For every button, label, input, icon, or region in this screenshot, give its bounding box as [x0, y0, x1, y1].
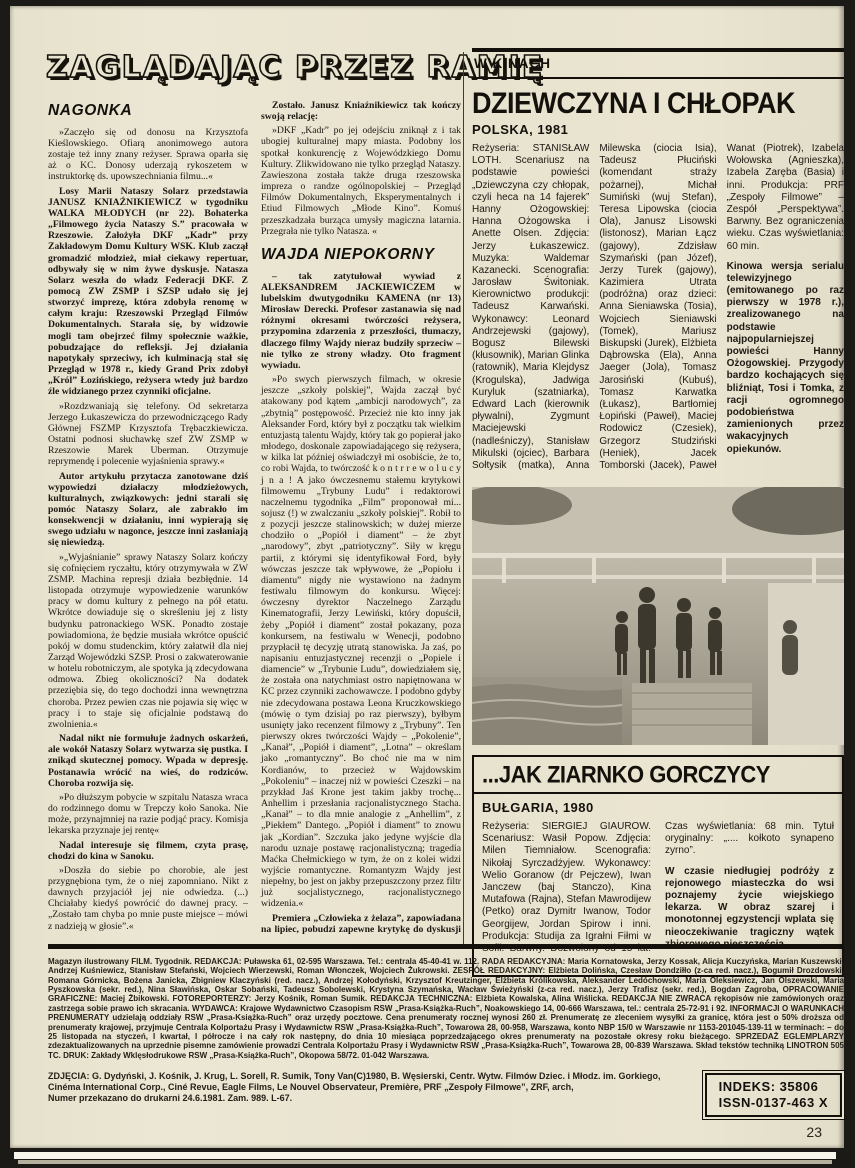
paragraph: »Doszła do siebie po chorobie, ale jest … — [48, 865, 248, 932]
section-heading-wajda: WAJDA NIEPOKORNY — [261, 246, 461, 264]
column-masthead-title: ZAGLĄDAJĄC PRZEZ RAMIĘ — [46, 50, 466, 85]
review-credits-text: Reżyseria: STANISŁAW LOTH. Scenariusz na… — [472, 143, 844, 481]
page-edge-shadow — [18, 1160, 832, 1164]
zdjecia-line: ZDJĘCIA: G. Dydyński, J. Kośnik, J. Krug… — [48, 1071, 678, 1093]
review-country-year: POLSKA, 1981 — [472, 122, 844, 137]
review-country-year-bulgaria: BUŁGARIA, 1980 — [482, 800, 834, 815]
imprint-block: Magazyn ilustrowany FILM. Tygodnik. REDA… — [48, 957, 844, 1117]
w-kinach-section: W KINACH DZIEWCZYNA I CHŁOPAK POLSKA, 19… — [472, 48, 844, 977]
review-title-dziewczyna-i-chlopak: DZIEWCZYNA I CHŁOPAK — [472, 87, 844, 120]
issn-number: ISSN-0137-463 X — [719, 1095, 828, 1111]
paragraph: »Zaczęło się od donosu na Krzysztofa Kie… — [48, 127, 248, 183]
paragraph: Nadal interesuje się filmem, czyta prasę… — [48, 840, 248, 862]
indeks-number: INDEKS: 35806 — [719, 1079, 828, 1095]
paragraph: Nadal nikt nie formułuje żadnych oskarże… — [48, 733, 248, 789]
w-kinach-header: W KINACH — [472, 48, 844, 79]
page: ZAGLĄDAJĄC PRZEZ RAMIĘ NAGONKA»Zaczęło s… — [10, 6, 844, 1148]
column-divider-rule — [463, 52, 464, 944]
section-heading-nagonka: NAGONKA — [48, 102, 248, 120]
footer-divider-rule — [48, 944, 844, 949]
paragraph: W czasie niedługiej podróży z rejonowego… — [665, 866, 834, 951]
paragraph: »„Wyjaśnianie” sprawy Nataszy Solarz koń… — [48, 552, 248, 731]
press-review-article: NAGONKA»Zaczęło się od donosu na Krzyszt… — [48, 100, 461, 944]
review-title-gorczycy: ...JAK ZIARNKO GORCZYCY — [482, 761, 834, 789]
paragraph: Kinowa wersja serialu telewizyjnego (emi… — [727, 261, 844, 456]
magazine-page-scan: ZAGLĄDAJĄC PRZEZ RAMIĘ NAGONKA»Zaczęło s… — [0, 0, 855, 1168]
review-gorczycy-header: ...JAK ZIARNKO GORCZYCY — [474, 757, 842, 794]
page-number: 23 — [806, 1124, 822, 1140]
pool-scene-photo-placeholder — [472, 487, 844, 745]
paragraph: – tak zatytułował wywiad z ALEKSANDREM J… — [261, 271, 461, 371]
paragraph: Autor artykułu przytacza zanotowane dziś… — [48, 471, 248, 549]
page-edge-strip — [14, 1152, 836, 1159]
print-date-line: Numer przekazano do drukarni 24.6.1981. … — [48, 1093, 678, 1104]
paragraph: »Rozdzwaniają się telefony. Od sekretarz… — [48, 401, 248, 468]
photo-credits-text: ZDJĘCIA: G. Dydyński, J. Kośnik, J. Krug… — [48, 1071, 678, 1104]
article-photo — [472, 487, 844, 745]
paragraph: Losy Marii Nataszy Solarz przedstawia JA… — [48, 186, 248, 398]
paragraph: »Po dłuższym pobycie w szpitalu Natasza … — [48, 792, 248, 837]
paragraph: »DKF „Kadr” po jej odejściu zniknął z i … — [261, 125, 461, 237]
imprint-text: Magazyn ilustrowany FILM. Tygodnik. REDA… — [48, 957, 844, 1060]
paragraph: »Po swych pierwszych filmach, w okresie … — [261, 374, 461, 910]
w-kinach-label: W KINACH — [474, 56, 551, 71]
indeks-issn-box: INDEKS: 35806 ISSN-0137-463 X — [705, 1073, 842, 1118]
photo-credits-row: ZDJĘCIA: G. Dydyński, J. Kośnik, J. Krug… — [48, 1071, 844, 1117]
paragraph: Zostało. Janusz Kniaźnikiewicz tak kończ… — [261, 100, 461, 122]
